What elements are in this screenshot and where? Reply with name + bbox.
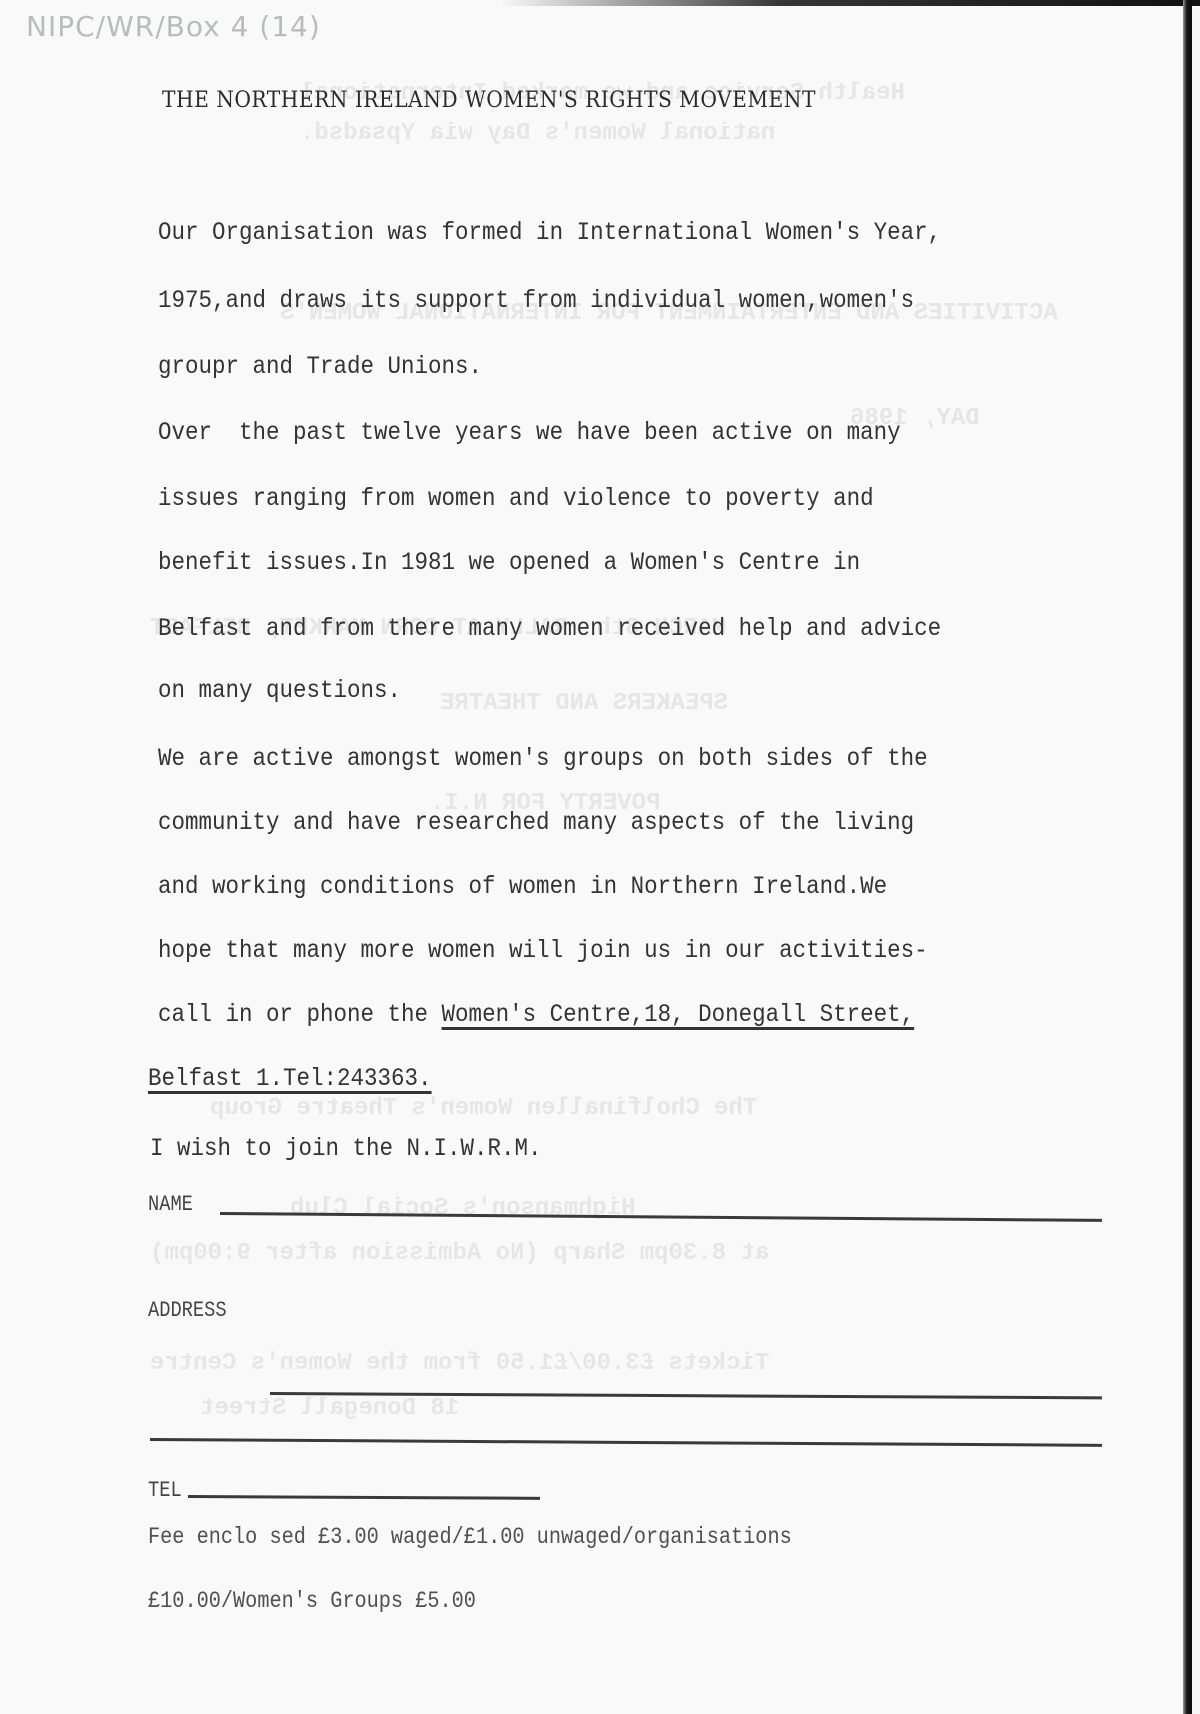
- fee-line: Fee enclo sed £3.00 waged/£1.00 unwaged/…: [148, 1524, 792, 1550]
- fee-line: £10.00/Women's Groups £5.00: [148, 1588, 476, 1614]
- join-statement: I wish to join the N.I.W.R.M.: [150, 1134, 542, 1163]
- contact-address: Women's Centre,18, Donegall Street,: [442, 1000, 915, 1029]
- bleed-through-text: national Women's Day wia Ypsadsd.: [300, 120, 775, 147]
- scanned-page: Health Service and we marked Internation…: [0, 0, 1192, 1714]
- tel-input-line[interactable]: [188, 1495, 540, 1500]
- bleed-through-text: Highmanson's Social Club: [290, 1195, 636, 1222]
- scan-top-shadow: [500, 0, 1200, 6]
- paragraph-line: benefit issues.In 1981 we opened a Women…: [158, 548, 860, 577]
- bleed-through-text: 18 Donegall Street: [200, 1395, 459, 1422]
- address-input-line-2[interactable]: [150, 1438, 1102, 1447]
- document-title: THE NORTHERN IRELAND WOMEN'S RIGHTS MOVE…: [162, 88, 816, 113]
- paragraph-line: 1975,and draws its support from individu…: [158, 286, 914, 315]
- contact-line: call in or phone the Women's Centre,18, …: [158, 1000, 914, 1029]
- tel-label: TEL: [148, 1478, 182, 1503]
- scan-right-edge: [1183, 0, 1192, 1714]
- bleed-through-text: Tickets £3.00/£1.50 from the Women's Cen…: [150, 1350, 769, 1377]
- contact-prefix: call in or phone the: [158, 1000, 442, 1029]
- paragraph-line: groupr and Trade Unions.: [158, 352, 482, 381]
- bleed-through-text: at 8.30pm Sharp (No Admission after 9:00…: [150, 1240, 769, 1267]
- contact-line-belfast: Belfast 1.Tel:243363.: [148, 1064, 432, 1093]
- paragraph-line: hope that many more women will join us i…: [158, 936, 928, 965]
- name-label: NAME: [148, 1192, 193, 1217]
- bleed-through-text: SPEAKERS AND THEATRE: [440, 690, 728, 717]
- archive-reference: NIPC/WR/Box 4 (14): [26, 10, 321, 43]
- bleed-through-text: The Cholfinallen Women's Theatre Group: [210, 1095, 757, 1122]
- paragraph-line: We are active amongst women's groups on …: [158, 744, 928, 773]
- paragraph-line: community and have researched many aspec…: [158, 808, 914, 837]
- address-label: ADDRESS: [148, 1298, 227, 1323]
- paragraph-line: issues ranging from women and violence t…: [158, 484, 874, 513]
- paragraph-line: Belfast and from there many women receiv…: [158, 614, 941, 643]
- paragraph-line: and working conditions of women in North…: [158, 872, 887, 901]
- paragraph-line: on many questions.: [158, 676, 401, 705]
- paragraph-line: Our Organisation was formed in Internati…: [158, 218, 941, 247]
- paragraph-line: Over the past twelve years we have been …: [158, 418, 901, 447]
